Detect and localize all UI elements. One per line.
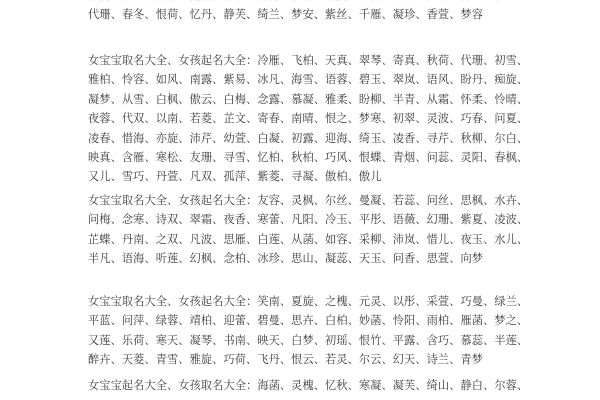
name-paragraph-5: 女宝宝起名大全、女孩取名大全：海菡、灵槐、忆秋、寒凝、凝芙、绮山、静白、尔蓉、	[88, 376, 520, 395]
text-line: 凌春、惜海、亦旋、沛芹、幼萱、白凝、初露、迎海、绮玉、凌香、寻芹、秋柳、尔白、	[88, 129, 520, 148]
name-paragraph-4: 女宝宝取名大全、女孩起名大全：笑南、夏旋、之槐、元灵、以彤、采萱、巧曼、绿兰、 …	[88, 292, 520, 370]
text-line: 平蓝、问萍、绿蓉、靖柏、迎蕾、碧曼、思卉、白柏、妙菡、怜阳、雨柏、雁菡、梦之、	[88, 311, 520, 330]
text-line: 又莲、乐荷、寒天、凝琴、书南、映天、白梦、初瑶、恨竹、平露、含巧、慕蕊、半莲、	[88, 331, 520, 350]
document-page: 秋荷、晓丝、痕琴、雨灵、秋珍、香梅、秋香、碧曼、忆柳、晓珍、梦春、怀莲、秋蕊、 …	[0, 0, 600, 400]
text-line: 雅柏、怜容、如风、南露、紫易、冰凡、海雪、语蓉、碧玉、翠岚、语风、盼丹、痴旋、	[88, 70, 520, 89]
text-line: 芷蝶、丹南、之双、凡波、思雁、白莲、从菡、如容、采柳、沛岚、惜儿、夜玉、水儿、	[88, 230, 520, 249]
name-paragraph-3: 女宝宝取名大全、女孩起名大全：友容、灵枫、尔丝、曼凝、若蕊、问丝、思枫、水卉、 …	[88, 191, 520, 269]
text-line: 映真、含雁、寒松、友珊、寻雪、忆柏、秋柏、巧风、恨蝶、青烟、问蕊、灵阳、春枫、	[88, 148, 520, 167]
text-line: 女宝宝取名大全、女孩起名大全：友容、灵枫、尔丝、曼凝、若蕊、问丝、思枫、水卉、	[88, 191, 520, 210]
text-line: 醉卉、天菱、青雪、雅旋、巧荷、飞丹、恨云、若灵、尔云、幻天、诗兰、青梦	[88, 350, 520, 369]
text-line: 女宝宝取名大全、女孩起名大全：冷雁、飞柏、天真、翠琴、寄真、秋荷、代珊、初雪、	[88, 51, 520, 70]
text-line: 凝梦、从雪、白枫、傲云、白梅、念露、慕凝、雅柔、盼柳、半青、从霜、怀柔、怜晴、	[88, 90, 520, 109]
name-paragraph-1: 秋荷、晓丝、痕琴、雨灵、秋珍、香梅、秋香、碧曼、忆柳、晓珍、梦春、怀莲、秋蕊、 …	[88, 0, 520, 25]
name-paragraph-2: 女宝宝取名大全、女孩起名大全：冷雁、飞柏、天真、翠琴、寄真、秋荷、代珊、初雪、 …	[88, 51, 520, 187]
text-line: 代珊、春冬、恨荷、忆丹、静芙、绮兰、梦安、紫丝、千雁、凝珍、香萱、梦容	[88, 5, 520, 24]
text-line: 问梅、念寒、诗双、翠霜、夜香、寒蕾、凡阳、冷玉、平彤、语薇、幻珊、紫夏、凌波、	[88, 210, 520, 229]
text-line: 女宝宝取名大全、女孩起名大全：笑南、夏旋、之槐、元灵、以彤、采萱、巧曼、绿兰、	[88, 292, 520, 311]
text-line: 半凡、语海、听莲、幻枫、念柏、冰珍、思山、凝蕊、天玉、问香、思萱、向梦	[88, 249, 520, 268]
text-line: 女宝宝起名大全、女孩取名大全：海菡、灵槐、忆秋、寒凝、凝芙、绮山、静白、尔蓉、	[88, 376, 520, 395]
text-line: 夜蓉、代双、以南、若菱、芷文、寄春、南晴、恨之、梦寒、初翠、灵波、巧春、问夏、	[88, 109, 520, 128]
text-line: 又儿、雪巧、丹萱、凡双、孤萍、紫菱、寻凝、傲柏、傲儿	[88, 167, 520, 186]
